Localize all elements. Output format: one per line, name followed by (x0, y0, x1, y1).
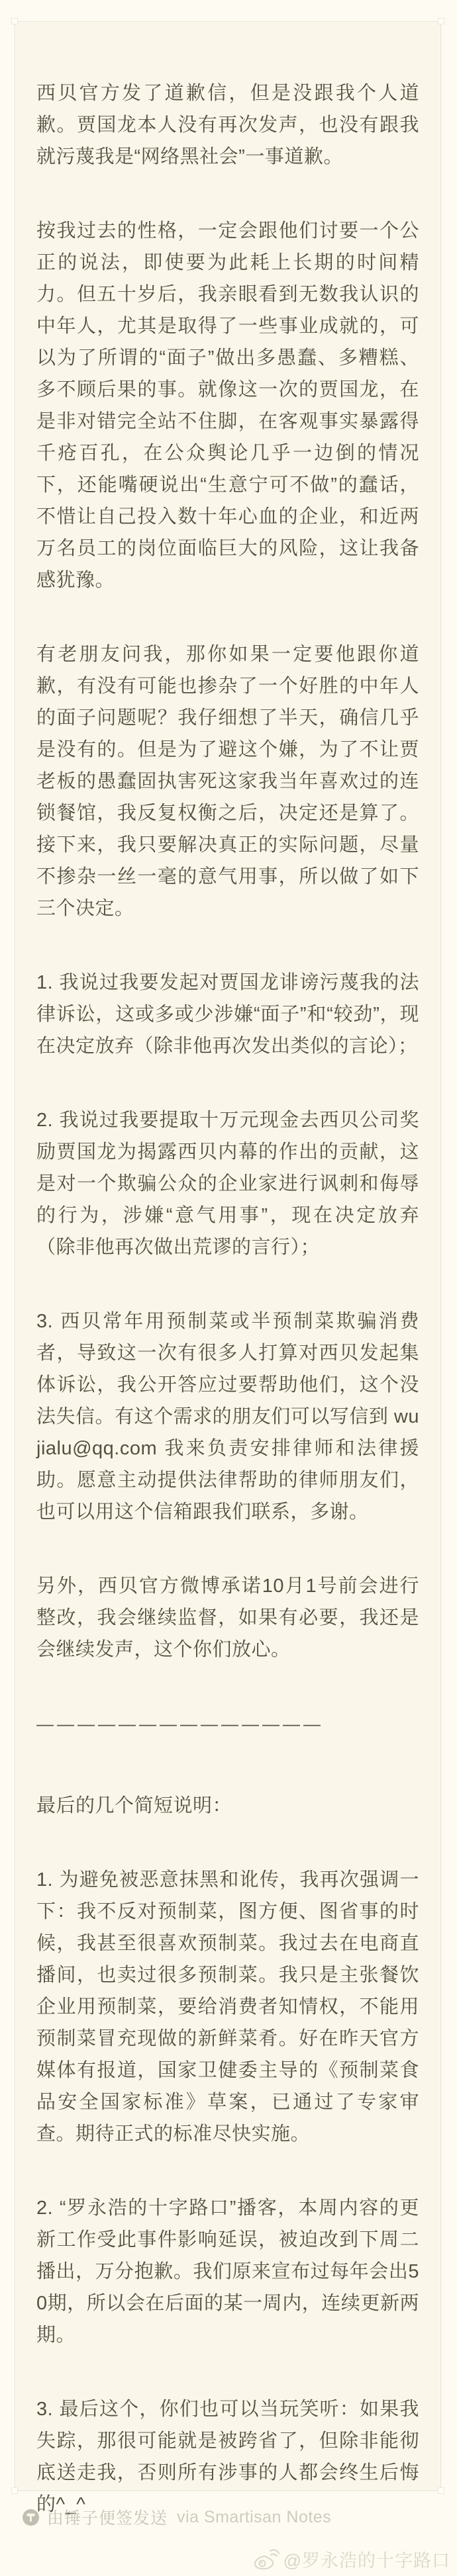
note-footer: 由锤子便签发送 via Smartisan Notes (23, 2505, 331, 2529)
note-dashed-divider: —————————————— (36, 1708, 419, 1740)
footer-sent-from-label: 由锤子便签发送 (47, 2505, 168, 2529)
weibo-long-image: 西贝官方发了道歉信，但是没跟我个人道歉。贾国龙本人没有再次发声，也没有跟我就污蔑… (0, 0, 457, 2576)
note-paragraph-3: 有老朋友问我，那你如果一定要他跟你道歉，有没有可能也掺杂了一个好胜的中年人的面子… (36, 639, 419, 924)
note-decision-1: 1. 我说过我要发起对贾国龙诽谤污蔑我的法律诉讼，这或多或少涉嫌“面子”和“较劲… (36, 967, 419, 1062)
note-paragraph-1: 西贝官方发了道歉信，但是没跟我个人道歉。贾国龙本人没有再次发声，也没有跟我就污蔑… (36, 77, 419, 173)
note-paragraph-2: 按我过去的性格，一定会跟他们讨要一个公正的说法，即使要为此耗上长期的时间精力。但… (36, 215, 419, 596)
smartisan-hammer-icon (23, 2509, 39, 2526)
note-decision-2: 2. 我说过我要提取十万元现金去西贝公司奖励贾国龙为揭露西贝内幕的作出的贡献，这… (36, 1104, 419, 1263)
note-body: 西贝官方发了道歉信，但是没跟我个人道歉。贾国龙本人没有再次发声，也没有跟我就污蔑… (36, 77, 419, 2520)
footer-via-label: via Smartisan Notes (177, 2508, 331, 2527)
note-remark-2: 2. “罗永浩的十字路口”播客，本周内容的更新工作受此事件影响延误，被迫改到下周… (36, 2192, 419, 2351)
weibo-watermark: @罗永浩的十字路口 (253, 2546, 450, 2572)
note-remark-3: 3. 最后这个，你们也可以当玩笑听：如果我失踪，那很可能就是被跨省了，但除非能彻… (36, 2393, 419, 2520)
card-corner-notch (438, 18, 444, 24)
watermark-handle: @罗永浩的十字路口 (283, 2546, 450, 2572)
weibo-icon (253, 2548, 279, 2571)
card-corner-notch (11, 18, 18, 24)
note-decision-3: 3. 西贝常年用预制菜或半预制菜欺骗消费者，导致这一次有很多人打算对西贝发起集体… (36, 1306, 419, 1528)
card-corner-notch (11, 2487, 18, 2494)
card-corner-notch (438, 2487, 444, 2494)
note-remark-1: 1. 为避免被恶意抹黑和讹传，我再次强调一下：我不反对预制菜，图方便、图省事的时… (36, 1864, 419, 2150)
note-closing-heading: 最后的几个简短说明： (36, 1790, 419, 1822)
smartisan-note-card: 西贝官方发了道歉信，但是没跟我个人道歉。贾国龙本人没有再次发声，也没有跟我就污蔑… (15, 21, 441, 2491)
note-paragraph-4: 另外，西贝官方微博承诺10月1号前会进行整改，我会继续监督，如果有必要，我还是会… (36, 1570, 419, 1666)
